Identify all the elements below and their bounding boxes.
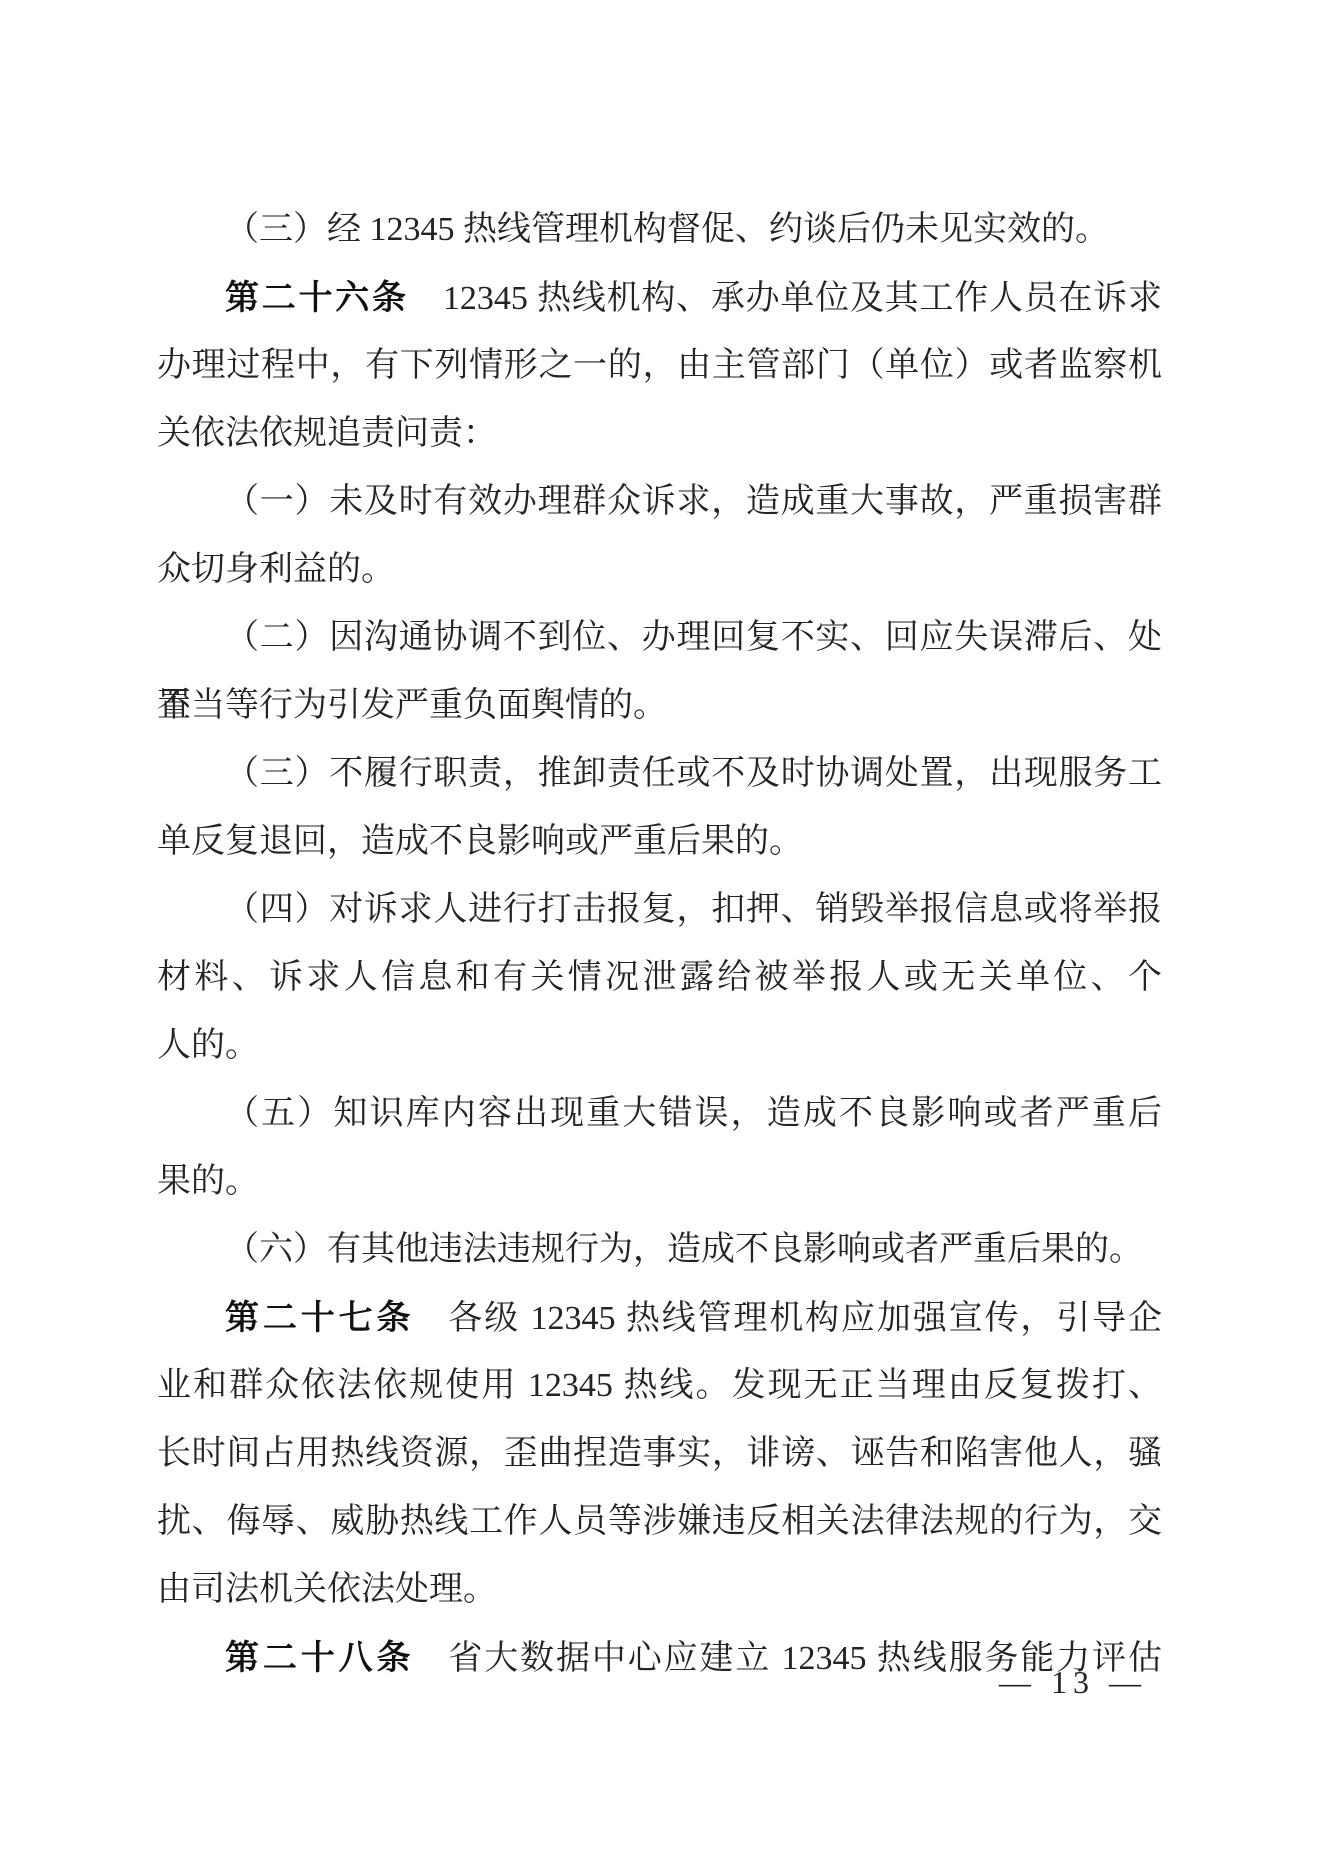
text-line: 不当等行为引发严重负面舆情的。 bbox=[157, 672, 1162, 740]
text-line: 由司法机关依法处理。 bbox=[157, 1556, 1162, 1624]
article-heading-line: 第二十七条各级 12345 热线管理机构应加强宣传，引导企 bbox=[157, 1284, 1162, 1352]
article-number: 第二十八条 bbox=[225, 1639, 414, 1677]
article-number: 第二十七条 bbox=[225, 1299, 414, 1337]
text-line: 办理过程中，有下列情形之一的，由主管部门（单位）或者监察机 bbox=[157, 332, 1162, 400]
text-line: （二）因沟通协调不到位、办理回复不实、回应失误滞后、处置 bbox=[157, 604, 1162, 672]
text-line: 材料、诉求人信息和有关情况泄露给被举报人或无关单位、个 bbox=[157, 944, 1162, 1012]
article-number: 第二十六条 bbox=[225, 279, 409, 317]
text-line: 单反复退回，造成不良影响或严重后果的。 bbox=[157, 808, 1162, 876]
text-line: （一）未及时有效办理群众诉求，造成重大事故，严重损害群 bbox=[157, 468, 1162, 536]
text-line: 果的。 bbox=[157, 1148, 1162, 1216]
text-line: （五）知识库内容出现重大错误，造成不良影响或者严重后 bbox=[157, 1080, 1162, 1148]
text-line: 众切身利益的。 bbox=[157, 536, 1162, 604]
text-line: （三）不履行职责，推卸责任或不及时协调处置，出现服务工 bbox=[157, 740, 1162, 808]
document-body: （三）经 12345 热线管理机构督促、约谈后仍未见实效的。第二十六条12345… bbox=[157, 196, 1162, 1692]
text-line: 业和群众依法依规使用 12345 热线。发现无正当理由反复拨打、 bbox=[157, 1352, 1162, 1420]
text-line: （三）经 12345 热线管理机构督促、约谈后仍未见实效的。 bbox=[157, 196, 1162, 264]
document-page: （三）经 12345 热线管理机构督促、约谈后仍未见实效的。第二十六条12345… bbox=[0, 0, 1323, 1871]
text-line: （六）有其他违法违规行为，造成不良影响或者严重后果的。 bbox=[157, 1216, 1162, 1284]
text-line: 人的。 bbox=[157, 1012, 1162, 1080]
article-heading-line: 第二十六条12345 热线机构、承办单位及其工作人员在诉求 bbox=[157, 264, 1162, 332]
text-line: 扰、侮辱、威胁热线工作人员等涉嫌违反相关法律法规的行为，交 bbox=[157, 1488, 1162, 1556]
text-line: （四）对诉求人进行打击报复，扣押、销毁举报信息或将举报 bbox=[157, 876, 1162, 944]
text-line: 长时间占用热线资源，歪曲捏造事实，诽谤、诬告和陷害他人，骚 bbox=[157, 1420, 1162, 1488]
text-line: 关依法依规追责问责： bbox=[157, 400, 1162, 468]
page-number: — 13 — bbox=[999, 1662, 1147, 1702]
